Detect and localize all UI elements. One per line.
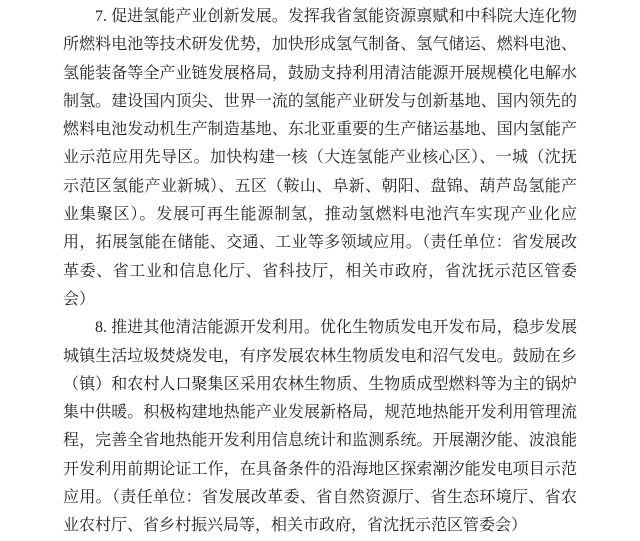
- text-line: （镇）和农村人口聚集区采用农林生物质、生物质成型燃料等为主的锅炉: [63, 371, 577, 399]
- paragraph-item-8: 8. 推进其他清洁能源开发利用。优化生物质发电开发布局，稳步发展 城镇生活垃圾焚…: [63, 314, 577, 540]
- text-line: 集中供暖。积极构建地热能产业发展新格局，规范地热能开发利用管理流: [63, 399, 577, 427]
- text-line: 业集聚区）。发展可再生能源制氢，推动氢燃料电池汽车实现产业化应: [63, 201, 577, 229]
- text-line: 革委、省工业和信息化厅、省科技厅，相关市政府，省沈抚示范区管委: [63, 258, 577, 286]
- text-line: 7. 促进氢能产业创新发展。发挥我省氢能资源禀赋和中科院大连化物: [63, 3, 577, 31]
- document-body: 7. 促进氢能产业创新发展。发挥我省氢能资源禀赋和中科院大连化物 所燃料电池等技…: [0, 0, 640, 541]
- text-line: 城镇生活垃圾焚烧发电，有序发展农林生物质发电和沼气发电。鼓励在乡: [63, 343, 577, 371]
- text-line: 制氢。建设国内顶尖、世界一流的氢能产业研发与创新基地、国内领先的: [63, 88, 577, 116]
- text-line: 8. 推进其他清洁能源开发利用。优化生物质发电开发布局，稳步发展: [63, 314, 577, 342]
- text-line: 业示范应用先导区。加快构建一核（大连氢能产业核心区）、一城（沈抚: [63, 144, 577, 172]
- paragraph-item-7: 7. 促进氢能产业创新发展。发挥我省氢能资源禀赋和中科院大连化物 所燃料电池等技…: [63, 3, 577, 314]
- text-line: 用，拓展氢能在储能、交通、工业等多领域应用。（责任单位：省发展改: [63, 229, 577, 257]
- text-line: 程，完善全省地热能开发利用信息统计和监测系统。开展潮汐能、波浪能: [63, 427, 577, 455]
- text-line: 燃料电池发动机生产制造基地、东北亚重要的生产储运基地、国内氢能产: [63, 116, 577, 144]
- document-page: { "page": { "background_color": "#ffffff…: [0, 0, 640, 541]
- text-line: 所燃料电池等技术研发优势，加快形成氢气制备、氢气储运、燃料电池、: [63, 31, 577, 59]
- text-line: 示范区氢能产业新城）、五区（鞍山、阜新、朝阳、盘锦、葫芦岛氢能产: [63, 173, 577, 201]
- text-line: 会）: [63, 286, 577, 314]
- text-line: 业农村厅、省乡村振兴局等，相关市政府，省沈抚示范区管委会）: [63, 512, 577, 540]
- text-line: 开发利用前期论证工作，在具备条件的沿海地区探索潮汐能发电项目示范: [63, 456, 577, 484]
- text-line: 应用。（责任单位：省发展改革委、省自然资源厅、省生态环境厅、省农: [63, 484, 577, 512]
- text-line: 氢能装备等全产业链发展格局，鼓励支持利用清洁能源开展规模化电解水: [63, 60, 577, 88]
